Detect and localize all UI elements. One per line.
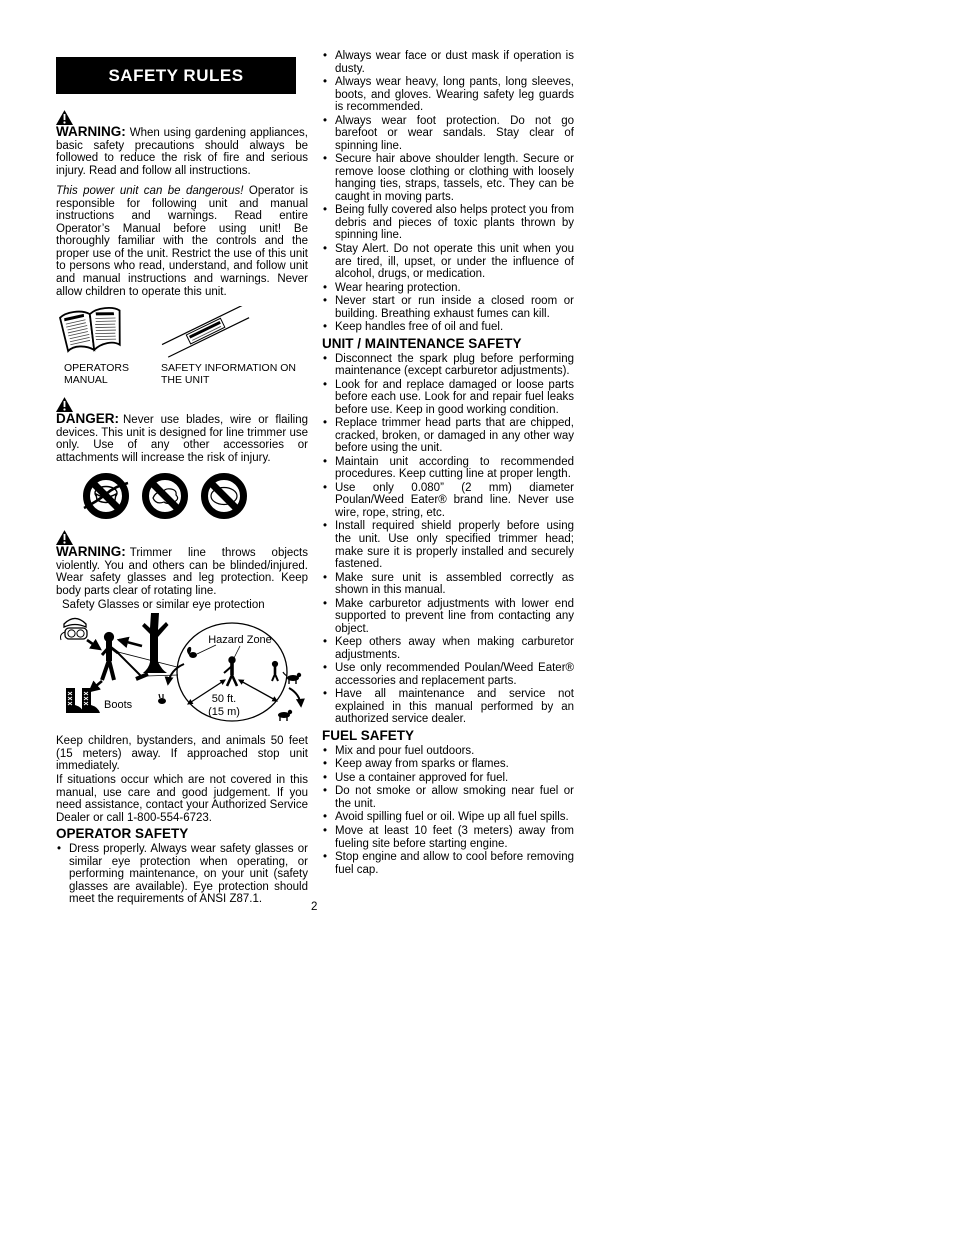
bullet-item: Wear hearing protection. bbox=[322, 282, 574, 295]
bystander-right-icon bbox=[272, 662, 278, 682]
manual-page: SAFETY RULES WARNING:When using gardenin… bbox=[0, 0, 954, 1235]
bullet-item: Use only 0.080” (2 mm) diameter Poulan/W… bbox=[322, 482, 574, 520]
figures-row: OPERATORS MANUAL SAFETY INFORMATION O bbox=[56, 306, 308, 387]
intro-text: Operator is responsible for following un… bbox=[56, 185, 308, 297]
no-saw-blade-icon bbox=[200, 472, 248, 520]
keep-away-paragraph: Keep children, bystanders, and animals 5… bbox=[56, 735, 308, 773]
operator-figure-icon bbox=[102, 633, 148, 681]
bystander-center-icon bbox=[224, 657, 237, 686]
bullet-item: Dress properly. Always wear safety glass… bbox=[56, 843, 308, 906]
bullet-item: Have all maintenance and service not exp… bbox=[322, 688, 574, 726]
bullet-item: Look for and replace damaged or loose pa… bbox=[322, 379, 574, 417]
bullet-item: Keep handles free of oil and fuel. bbox=[322, 321, 574, 334]
bullet-item: Mix and pour fuel outdoors. bbox=[322, 745, 574, 758]
bullet-item: Avoid spilling fuel or oil. Wipe up all … bbox=[322, 811, 574, 824]
operator-safety-list-left: Dress properly. Always wear safety glass… bbox=[56, 843, 308, 906]
warning-label: WARNING: bbox=[56, 124, 126, 139]
right-column: Always wear face or dust mask if operati… bbox=[322, 50, 574, 877]
bullet-item: Keep others away when making carburetor … bbox=[322, 636, 574, 661]
assistance-paragraph: If situations occur which are not covere… bbox=[56, 774, 308, 824]
bullet-item: Disconnect the spark plug before perform… bbox=[322, 353, 574, 378]
boots-icon bbox=[66, 688, 100, 713]
bullet-item: Replace trimmer head parts that are chip… bbox=[322, 417, 574, 455]
operators-manual-book-icon bbox=[56, 306, 128, 358]
dog-bottom-icon bbox=[278, 710, 292, 721]
bullet-item: Never start or run inside a closed room … bbox=[322, 295, 574, 320]
unit-maintenance-list: Disconnect the spark plug before perform… bbox=[322, 353, 574, 726]
intro-italic: This power unit can be dangerous! bbox=[56, 185, 249, 197]
bullet-item: Keep away from sparks or flames. bbox=[322, 758, 574, 771]
section-banner: SAFETY RULES bbox=[56, 57, 296, 94]
prohibition-icons-row bbox=[56, 472, 308, 520]
bullet-item: Make carburetor adjustments with lower e… bbox=[322, 598, 574, 636]
warning-triangle-icon bbox=[56, 110, 73, 125]
bullet-item: Use only recommended Poulan/Weed Eater® … bbox=[322, 662, 574, 687]
goggles-icon bbox=[61, 619, 88, 641]
eye-protection-label: Safety Glasses or similar eye protection bbox=[62, 599, 308, 611]
intro-paragraph: This power unit can be dangerous! Operat… bbox=[56, 185, 308, 298]
fuel-safety-list: Mix and pour fuel outdoors.Keep away fro… bbox=[322, 745, 574, 876]
bullet-item: Always wear face or dust mask if operati… bbox=[322, 50, 574, 75]
figure-caption: OPERATORS MANUAL bbox=[56, 362, 144, 387]
hazard-zone-diagram: Boots Hazard Zone 50 ft. (15 m) bbox=[56, 612, 306, 730]
warning-triangle-icon bbox=[56, 397, 73, 412]
unit-maintenance-heading: UNIT / MAINTENANCE SAFETY bbox=[322, 337, 574, 352]
bullet-item: Make sure unit is assembled correctly as… bbox=[322, 572, 574, 597]
bullet-item: Secure hair above shoulder length. Secur… bbox=[322, 153, 574, 203]
fuel-safety-heading: FUEL SAFETY bbox=[322, 729, 574, 744]
operator-safety-heading: OPERATOR SAFETY bbox=[56, 827, 308, 842]
bullet-item: Always wear foot protection. Do not go b… bbox=[322, 115, 574, 153]
no-flail-blade-icon bbox=[141, 472, 189, 520]
bullet-item: Move at least 10 feet (3 meters) away fr… bbox=[322, 825, 574, 850]
boots-label: Boots bbox=[104, 699, 133, 711]
hazard-zone-label: Hazard Zone bbox=[208, 634, 272, 646]
page-number: 2 bbox=[311, 901, 317, 913]
figure-caption: SAFETY INFORMATION ON THE UNIT bbox=[161, 362, 306, 387]
distance-label-line1: 50 ft. bbox=[212, 693, 236, 705]
warning-paragraph-1: WARNING:When using gardening appliances,… bbox=[56, 110, 308, 177]
distance-label-line2: (15 m) bbox=[208, 706, 240, 718]
operator-safety-list-right: Always wear face or dust mask if operati… bbox=[322, 50, 574, 334]
no-trimmer-head-icon bbox=[82, 472, 130, 520]
page-title: SAFETY RULES bbox=[108, 66, 243, 86]
bullet-item: Stop engine and allow to cool before rem… bbox=[322, 851, 574, 876]
left-column: SAFETY RULES WARNING:When using gardenin… bbox=[56, 57, 308, 907]
warning-paragraph-2: WARNING:Trimmer line throws objects viol… bbox=[56, 530, 308, 597]
bullet-item: Being fully covered also helps protect y… bbox=[322, 204, 574, 242]
danger-paragraph: DANGER:Never use blades, wire or flailin… bbox=[56, 397, 308, 464]
bullet-item: Maintain unit according to recommended p… bbox=[322, 456, 574, 481]
bullet-item: Install required shield properly before … bbox=[322, 520, 574, 570]
danger-label: DANGER: bbox=[56, 411, 119, 426]
squirrel-icon bbox=[187, 647, 197, 658]
warning-label: WARNING: bbox=[56, 544, 126, 559]
bullet-item: Stay Alert. Do not operate this unit whe… bbox=[322, 243, 574, 281]
warning-triangle-icon bbox=[56, 530, 73, 545]
bullet-item: Always wear heavy, long pants, long slee… bbox=[322, 76, 574, 114]
bullet-item: Use a container approved for fuel. bbox=[322, 772, 574, 785]
safety-label-on-shaft-icon bbox=[161, 306, 251, 358]
figure-safety-label: SAFETY INFORMATION ON THE UNIT bbox=[161, 306, 306, 387]
bullet-item: Do not smoke or allow smoking near fuel … bbox=[322, 785, 574, 810]
rabbit-icon bbox=[158, 694, 166, 704]
figure-operators-manual: OPERATORS MANUAL bbox=[56, 306, 161, 387]
